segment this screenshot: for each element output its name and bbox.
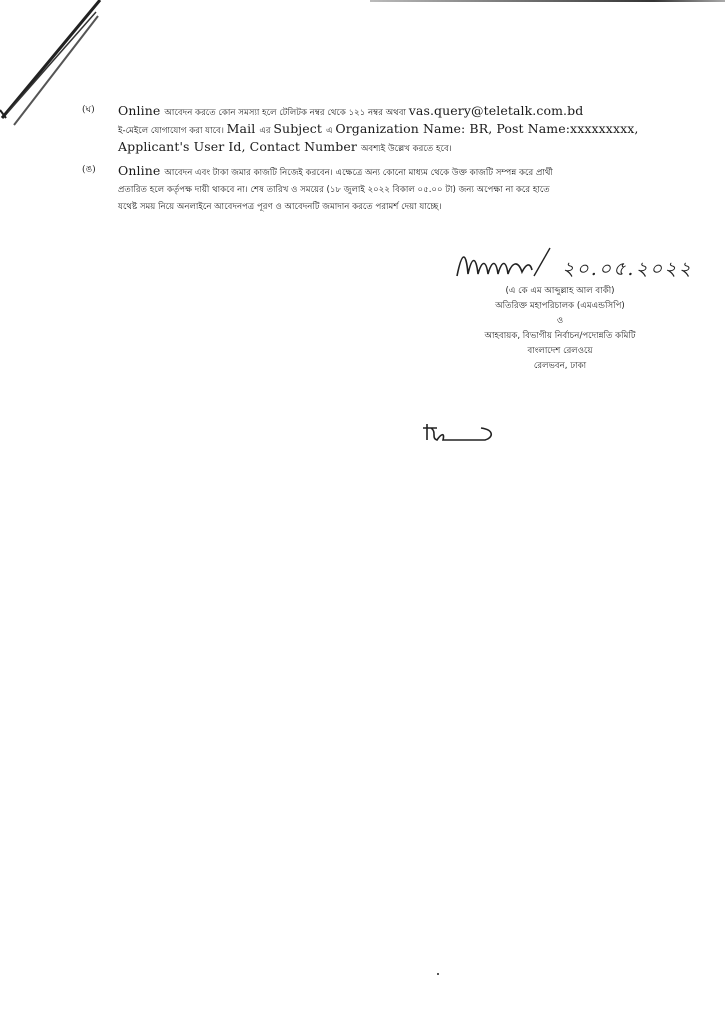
signatory-organization: বাংলাদেশ রেলওয়ে [440,344,680,359]
item-marker: (ঙ) [82,163,96,178]
signatory-location: রেলভবন, ঢাকা [440,359,680,374]
signatory-designation: অতিরিক্ত মহাপরিচালক (এমএন্ডসিপি) [440,299,680,314]
bangla-text: এ [326,126,335,136]
item-body: Online আবেদন করতে কোন সমস্যা হলে টেলিটক … [118,103,642,157]
bangla-text: প্রতারিত হলে কর্তৃপক্ষ দায়ী থাকবে না। শ… [118,185,550,195]
instruction-item-gha: (ঘ) Online আবেদন করতে কোন সমস্যা হলে টেল… [82,103,642,157]
bangla-text: এর [259,126,273,136]
english-text: Subject [273,121,326,136]
bangla-text: অবশ্যই উল্লেখ করতে হবে। [361,144,452,154]
bangla-text: ই-মেইলে যোগাযোগ করা যাবে। [118,126,227,136]
text-line: Online আবেদন এবং টাকা জমার কাজটি নিজেই ক… [118,163,642,181]
bangla-text: যথেষ্ট সময় নিয়ে অনলাইনে আবেদনপত্র পূরণ… [118,202,442,212]
scan-speck [437,973,439,975]
bangla-text: আবেদন এবং টাকা জমার কাজটি নিজেই করবেন। এ… [164,168,552,178]
english-text: Online [118,163,164,178]
english-text: Mail [227,121,260,136]
item-marker: (ঘ) [82,103,95,118]
scan-top-edge-line [370,0,725,2]
signatory-conjunction: ও [440,314,680,329]
text-line: যথেষ্ট সময় নিয়ে অনলাইনে আবেদনপত্র পূরণ… [118,198,642,215]
signatory-name: (এ কে এম আব্দুল্লাহ আল বাকী) [440,284,680,299]
text-line: Applicant's User Id, Contact Number অবশ্… [118,139,642,157]
english-text: vas.query@teletalk.com.bd [409,103,584,118]
signature-block: (এ কে এম আব্দুল্লাহ আল বাকী) অতিরিক্ত মহ… [440,250,680,374]
english-text: Organization Name: BR, Post Name:xxxxxxx… [335,121,638,136]
instruction-item-uma: (ঙ) Online আবেদন এবং টাকা জমার কাজটি নিজ… [82,163,642,215]
signatory-role: আহবায়ক, বিভাগীয় নির্বাচন/পদোন্নতি কমিট… [440,329,680,344]
initial-signature [415,420,495,448]
bangla-text: আবেদন করতে কোন সমস্যা হলে টেলিটক নম্বর থ… [164,108,408,118]
text-line: ই-মেইলে যোগাযোগ করা যাবে। Mail এর Subjec… [118,121,642,139]
text-line: প্রতারিত হলে কর্তৃপক্ষ দায়ী থাকবে না। শ… [118,181,642,198]
item-body: Online আবেদন এবং টাকা জমার কাজটি নিজেই ক… [118,163,642,215]
english-text: Applicant's User Id, Contact Number [118,139,361,154]
english-text: Online [118,103,164,118]
text-line: Online আবেদন করতে কোন সমস্যা হলে টেলিটক … [118,103,642,121]
